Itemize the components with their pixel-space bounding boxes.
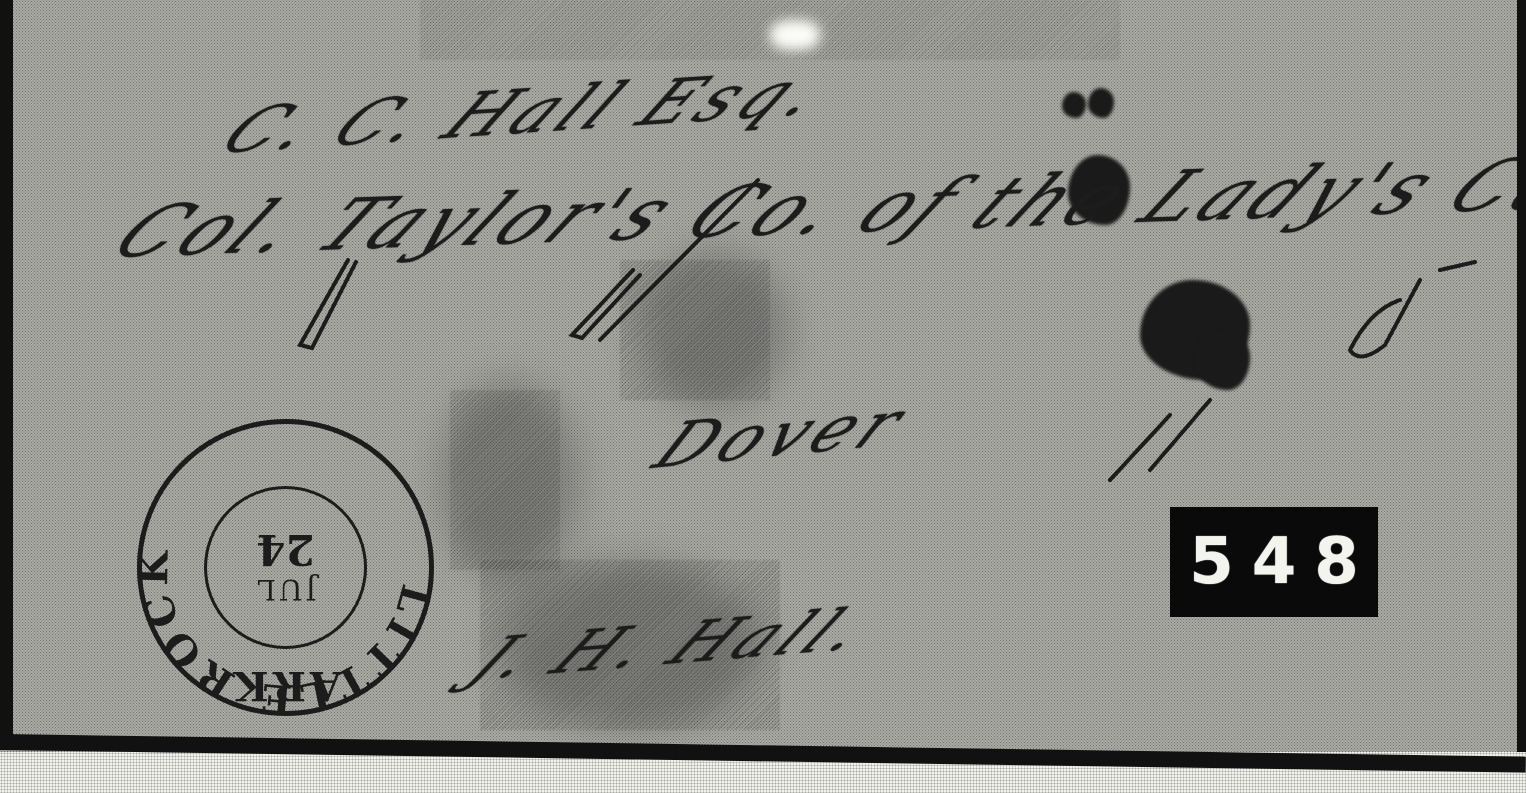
postmark-stamp: LITTLE ROCK ARK JUL 24 <box>133 415 438 720</box>
postmark-day: 24 <box>256 525 314 574</box>
catalog-number: 548 <box>1189 525 1377 599</box>
catalog-number-label: 548 <box>1170 507 1378 617</box>
postmark-state: ARK <box>230 662 342 709</box>
border-left <box>0 0 13 740</box>
postmark-month: JUL <box>254 573 319 606</box>
border-right <box>1517 0 1526 760</box>
